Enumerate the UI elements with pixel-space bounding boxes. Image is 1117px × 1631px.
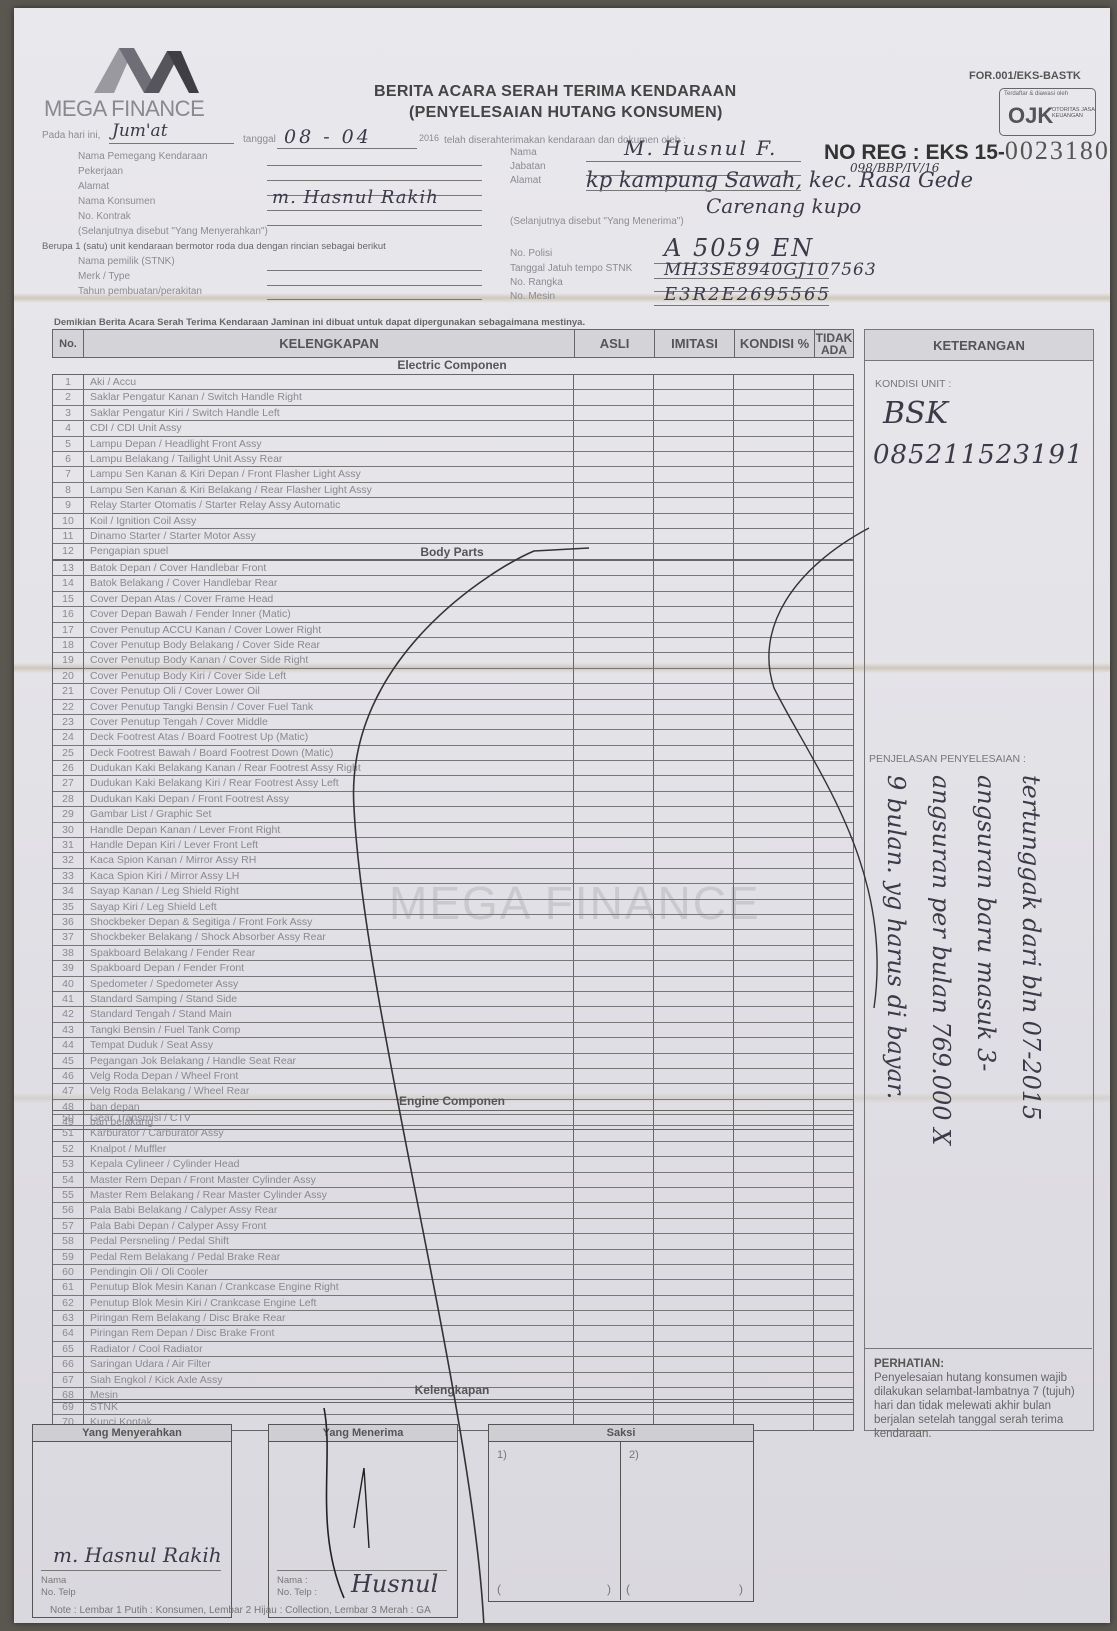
kondisi-cell[interactable] [734,623,814,637]
imitasi-cell[interactable] [654,1142,734,1156]
kondisi-cell[interactable] [734,869,814,883]
tidak-ada-cell[interactable] [814,452,853,466]
tidak-ada-cell[interactable] [814,869,853,883]
section-electric-rows: 1Aki / Accu2Saklar Pengatur Kanan / Swit… [52,374,854,560]
tidak-ada-cell[interactable] [814,561,853,575]
kondisi-cell[interactable] [734,1111,814,1125]
tidak-ada-cell[interactable] [814,1157,853,1171]
tidak-ada-cell[interactable] [814,1280,853,1294]
kondisi-cell[interactable] [734,607,814,621]
imitasi-cell[interactable] [654,700,734,714]
item-number: 64 [53,1326,84,1340]
imitasi-cell[interactable] [654,1023,734,1037]
kondisi-cell[interactable] [734,421,814,435]
kondisi-cell[interactable] [734,1250,814,1264]
tidak-ada-cell[interactable] [814,792,853,806]
field-label-receiver-name: Nama [510,147,537,158]
asli-cell[interactable] [574,576,654,590]
tidak-ada-cell[interactable] [814,853,853,867]
tidak-ada-cell[interactable] [814,1311,853,1325]
imitasi-cell[interactable] [654,1054,734,1068]
imitasi-cell[interactable] [654,684,734,698]
kondisi-cell[interactable] [734,838,814,852]
asli-cell[interactable] [574,1357,654,1371]
asli-cell[interactable] [574,977,654,991]
tidak-ada-cell[interactable] [814,498,853,512]
asli-cell[interactable] [574,607,654,621]
asli-cell[interactable] [574,853,654,867]
asli-cell[interactable] [574,1265,654,1279]
asli-cell[interactable] [574,1296,654,1310]
kondisi-cell[interactable] [734,1007,814,1021]
asli-cell[interactable] [574,946,654,960]
kondisi-cell[interactable] [734,1173,814,1187]
tidak-ada-cell[interactable] [814,437,853,451]
asli-cell[interactable] [574,623,654,637]
imitasi-cell[interactable] [654,992,734,1006]
kondisi-cell[interactable] [734,1188,814,1202]
asli-cell[interactable] [574,390,654,404]
asli-cell[interactable] [574,1126,654,1140]
asli-cell[interactable] [574,1007,654,1021]
asli-cell[interactable] [574,669,654,683]
asli-cell[interactable] [574,1142,654,1156]
table-row: 57Pala Babi Depan / Calyper Assy Front [53,1219,853,1234]
imitasi-cell[interactable] [654,1157,734,1171]
tidak-ada-cell[interactable] [814,1415,853,1429]
imitasi-cell[interactable] [654,529,734,543]
kondisi-cell[interactable] [734,1038,814,1052]
kondisi-cell[interactable] [734,483,814,497]
kondisi-cell[interactable] [734,529,814,543]
tidak-ada-cell[interactable] [814,529,853,543]
asli-cell[interactable] [574,900,654,914]
kondisi-cell[interactable] [734,390,814,404]
item-name: Batok Belakang / Cover Handlebar Rear [84,576,574,590]
imitasi-cell[interactable] [654,900,734,914]
asli-cell[interactable] [574,1023,654,1037]
tidak-ada-cell[interactable] [814,1203,853,1217]
imitasi-cell[interactable] [654,653,734,667]
imitasi-cell[interactable] [654,1326,734,1340]
asli-cell[interactable] [574,869,654,883]
imitasi-cell[interactable] [654,930,734,944]
imitasi-cell[interactable] [654,823,734,837]
tidak-ada-cell[interactable] [814,684,853,698]
tidak-ada-cell[interactable] [814,421,853,435]
asli-cell[interactable] [574,915,654,929]
kondisi-cell[interactable] [734,514,814,528]
tidak-ada-cell[interactable] [814,1400,853,1414]
imitasi-cell[interactable] [654,576,734,590]
imitasi-cell[interactable] [654,406,734,420]
kondisi-cell[interactable] [734,823,814,837]
tidak-ada-cell[interactable] [814,638,853,652]
imitasi-cell[interactable] [654,1296,734,1310]
tidak-ada-cell[interactable] [814,1142,853,1156]
imitasi-cell[interactable] [654,467,734,481]
tidak-ada-cell[interactable] [814,1111,853,1125]
table-row: 34Sayap Kanan / Leg Shield Right [53,884,853,899]
kondisi-cell[interactable] [734,1400,814,1414]
asli-cell[interactable] [574,684,654,698]
tidak-ada-cell[interactable] [814,1038,853,1052]
imitasi-cell[interactable] [654,792,734,806]
imitasi-cell[interactable] [654,1111,734,1125]
item-name: Shockbeker Belakang / Shock Absorber Ass… [84,930,574,944]
asli-cell[interactable] [574,1054,654,1068]
asli-cell[interactable] [574,1342,654,1356]
kondisi-cell[interactable] [734,1023,814,1037]
tidak-ada-cell[interactable] [814,823,853,837]
asli-cell[interactable] [574,452,654,466]
consumer-name-value[interactable]: m. Hasnul Rakih [272,187,439,208]
asli-cell[interactable] [574,375,654,389]
imitasi-cell[interactable] [654,561,734,575]
asli-cell[interactable] [574,838,654,852]
imitasi-cell[interactable] [654,375,734,389]
tidak-ada-cell[interactable] [814,1265,853,1279]
imitasi-cell[interactable] [654,437,734,451]
asli-cell[interactable] [574,776,654,790]
tidak-ada-cell[interactable] [814,467,853,481]
imitasi-cell[interactable] [654,1038,734,1052]
asli-cell[interactable] [574,592,654,606]
kondisi-cell[interactable] [734,684,814,698]
tidak-ada-cell[interactable] [814,653,853,667]
imitasi-cell[interactable] [654,776,734,790]
tidak-ada-cell[interactable] [814,992,853,1006]
chassis-number-value[interactable]: MH3SE8940GJ107563 [664,260,877,280]
tidak-ada-cell[interactable] [814,776,853,790]
imitasi-cell[interactable] [654,853,734,867]
tidak-ada-cell[interactable] [814,930,853,944]
imitasi-cell[interactable] [654,1280,734,1294]
kondisi-cell[interactable] [734,700,814,714]
asli-cell[interactable] [574,1219,654,1233]
imitasi-cell[interactable] [654,1188,734,1202]
occupation-field[interactable] [267,180,482,181]
tidak-ada-cell[interactable] [814,1173,853,1187]
imitasi-cell[interactable] [654,1265,734,1279]
receiver-address-line2[interactable]: Carenang kupo [706,194,861,218]
tidak-ada-cell[interactable] [814,1357,853,1371]
item-name: Deck Footrest Atas / Board Footrest Up (… [84,730,574,744]
kondisi-cell[interactable] [734,884,814,898]
imitasi-cell[interactable] [654,390,734,404]
tidak-ada-cell[interactable] [814,1007,853,1021]
kondisi-cell[interactable] [734,746,814,760]
company-logo: MEGA FINANCE [44,38,214,128]
signature-witness-box[interactable]: Saksi 1) 2) ( ) ( ) [488,1424,754,1602]
asli-cell[interactable] [574,1234,654,1248]
signature-receiver-title: Yang Menerima [269,1425,457,1442]
imitasi-cell[interactable] [654,838,734,852]
date-value[interactable]: 08 - 04 [284,126,372,148]
penjelasan-handwriting[interactable]: tertunggak dari bln 07-2015 angsuran bar… [875,775,1075,1335]
kondisi-cell[interactable] [734,561,814,575]
table-row: 39Spakboard Depan / Fender Front [53,961,853,976]
field-label-chassis: No. Rangka [510,277,563,288]
phone-number-value[interactable]: 085211523191 [873,440,1084,470]
item-name: Gear Transmisi / CTV [84,1111,574,1125]
imitasi-cell[interactable] [654,421,734,435]
tidak-ada-cell[interactable] [814,700,853,714]
asli-cell[interactable] [574,467,654,481]
tidak-ada-cell[interactable] [814,1326,853,1340]
tidak-ada-cell[interactable] [814,483,853,497]
tidak-ada-cell[interactable] [814,1069,853,1083]
tidak-ada-cell[interactable] [814,730,853,744]
kondisi-cell[interactable] [734,1311,814,1325]
imitasi-cell[interactable] [654,1400,734,1414]
kondisi-cell[interactable] [734,715,814,729]
imitasi-cell[interactable] [654,623,734,637]
tidak-ada-cell[interactable] [814,1023,853,1037]
imitasi-cell[interactable] [654,638,734,652]
day-value[interactable]: Jum'at [112,121,168,141]
kondisi-cell[interactable] [734,807,814,821]
imitasi-cell[interactable] [654,761,734,775]
imitasi-cell[interactable] [654,807,734,821]
imitasi-cell[interactable] [654,1219,734,1233]
asli-cell[interactable] [574,961,654,975]
asli-cell[interactable] [574,823,654,837]
asli-cell[interactable] [574,421,654,435]
kondisi-cell[interactable] [734,1157,814,1171]
asli-cell[interactable] [574,1157,654,1171]
kondisi-cell[interactable] [734,1054,814,1068]
imitasi-cell[interactable] [654,498,734,512]
kondisi-cell[interactable] [734,437,814,451]
kondisi-cell[interactable] [734,576,814,590]
tidak-ada-cell[interactable] [814,375,853,389]
kondisi-cell[interactable] [734,930,814,944]
kondisi-cell[interactable] [734,1203,814,1217]
kondisi-cell[interactable] [734,592,814,606]
kondisi-cell[interactable] [734,669,814,683]
tidak-ada-cell[interactable] [814,514,853,528]
kondisi-cell[interactable] [734,946,814,960]
imitasi-cell[interactable] [654,1203,734,1217]
asli-cell[interactable] [574,1280,654,1294]
imitasi-cell[interactable] [654,1173,734,1187]
imitasi-cell[interactable] [654,715,734,729]
kondisi-cell[interactable] [734,1357,814,1371]
asli-cell[interactable] [574,1188,654,1202]
asli-cell[interactable] [574,561,654,575]
item-name: Cover Penutup Tangki Bensin / Cover Fuel… [84,700,574,714]
table-row: 37Shockbeker Belakang / Shock Absorber A… [53,930,853,945]
tidak-ada-cell[interactable] [814,746,853,760]
imitasi-cell[interactable] [654,607,734,621]
kondisi-cell[interactable] [734,776,814,790]
tidak-ada-cell[interactable] [814,838,853,852]
imitasi-cell[interactable] [654,884,734,898]
asli-cell[interactable] [574,715,654,729]
kondisi-cell[interactable] [734,498,814,512]
tidak-ada-cell[interactable] [814,576,853,590]
field-label-occupation: Pekerjaan [78,166,123,177]
asli-cell[interactable] [574,992,654,1006]
tidak-ada-cell[interactable] [814,607,853,621]
tidak-ada-cell[interactable] [814,1188,853,1202]
kondisi-cell[interactable] [734,1142,814,1156]
kondisi-cell[interactable] [734,638,814,652]
tidak-ada-cell[interactable] [814,669,853,683]
kondisi-cell[interactable] [734,853,814,867]
item-name: Pala Babi Depan / Calyper Assy Front [84,1219,574,1233]
tidak-ada-cell[interactable] [814,761,853,775]
imitasi-cell[interactable] [654,1250,734,1264]
asli-cell[interactable] [574,1203,654,1217]
plate-number-value[interactable]: A 5059 EN [664,234,814,262]
kondisi-cell[interactable] [734,792,814,806]
asli-cell[interactable] [574,730,654,744]
receiver-address-value[interactable]: kp kampung Sawah, kec. Rasa Gede [586,168,973,192]
imitasi-cell[interactable] [654,592,734,606]
asli-cell[interactable] [574,437,654,451]
no-reg-number: 0023180 [1005,136,1110,165]
imitasi-cell[interactable] [654,730,734,744]
engine-number-value[interactable]: E3R2E2695565 [664,284,831,305]
tidak-ada-cell[interactable] [814,1296,853,1310]
kondisi-cell[interactable] [734,375,814,389]
kondisi-cell[interactable] [734,1280,814,1294]
imitasi-cell[interactable] [654,1007,734,1021]
kondisi-cell[interactable] [734,1326,814,1340]
asli-cell[interactable] [574,498,654,512]
kondisi-cell[interactable] [734,1219,814,1233]
kondisi-cell[interactable] [734,1234,814,1248]
kondisi-cell[interactable] [734,1069,814,1083]
tidak-ada-cell[interactable] [814,1126,853,1140]
tidak-ada-cell[interactable] [814,592,853,606]
asli-cell[interactable] [574,1311,654,1325]
asli-cell[interactable] [574,1326,654,1340]
kondisi-cell[interactable] [734,977,814,991]
tidak-ada-cell[interactable] [814,1219,853,1233]
imitasi-cell[interactable] [654,869,734,883]
kondisi-cell[interactable] [734,452,814,466]
item-number: 31 [53,838,84,852]
holder-name-field[interactable] [267,165,482,166]
tidak-ada-cell[interactable] [814,406,853,420]
imitasi-cell[interactable] [654,746,734,760]
item-name: Piringan Rem Depan / Disc Brake Front [84,1326,574,1340]
tidak-ada-cell[interactable] [814,915,853,929]
asli-cell[interactable] [574,1069,654,1083]
imitasi-cell[interactable] [654,1126,734,1140]
asli-cell[interactable] [574,884,654,898]
tidak-ada-cell[interactable] [814,884,853,898]
tidak-ada-cell[interactable] [814,1342,853,1356]
kondisi-cell[interactable] [734,992,814,1006]
imitasi-cell[interactable] [654,514,734,528]
imitasi-cell[interactable] [654,1342,734,1356]
year-field[interactable] [267,299,482,300]
tidak-ada-cell[interactable] [814,1234,853,1248]
item-name: Velg Roda Depan / Wheel Front [84,1069,574,1083]
kondisi-cell[interactable] [734,653,814,667]
imitasi-cell[interactable] [654,452,734,466]
tidak-ada-cell[interactable] [814,961,853,975]
penjelasan-line: tertunggak dari bln 07-2015 [1017,775,1045,1120]
asli-cell[interactable] [574,1111,654,1125]
asli-cell[interactable] [574,514,654,528]
imitasi-cell[interactable] [654,1069,734,1083]
tidak-ada-cell[interactable] [814,807,853,821]
imitasi-cell[interactable] [654,977,734,991]
tidak-ada-cell[interactable] [814,1250,853,1264]
asli-cell[interactable] [574,807,654,821]
item-number: 26 [53,761,84,775]
asli-cell[interactable] [574,1173,654,1187]
kondisi-cell[interactable] [734,900,814,914]
asli-cell[interactable] [574,638,654,652]
kondisi-cell[interactable] [734,961,814,975]
signature-receiver-box[interactable]: Yang Menerima Husnul Nama : No. Telp : [268,1424,458,1618]
kondisi-cell[interactable] [734,1265,814,1279]
imitasi-cell[interactable] [654,946,734,960]
asli-cell[interactable] [574,1250,654,1264]
asli-cell[interactable] [574,483,654,497]
imitasi-cell[interactable] [654,669,734,683]
imitasi-cell[interactable] [654,961,734,975]
stnk-due-underline [654,278,829,279]
imitasi-cell[interactable] [654,1234,734,1248]
owner-field[interactable] [267,270,482,271]
asli-cell[interactable] [574,761,654,775]
imitasi-cell[interactable] [654,915,734,929]
kondisi-unit-value[interactable]: BSK [883,396,948,431]
table-row: 20Cover Penutup Body Kiri / Cover Side L… [53,669,853,684]
kondisi-cell[interactable] [734,1296,814,1310]
asli-cell[interactable] [574,930,654,944]
tidak-ada-cell[interactable] [814,390,853,404]
kondisi-cell[interactable] [734,761,814,775]
tidak-ada-cell[interactable] [814,623,853,637]
kondisi-cell[interactable] [734,467,814,481]
signature-giver-name: m. Hasnul Rakih [53,1543,222,1567]
kondisi-cell[interactable] [734,730,814,744]
asli-cell[interactable] [574,653,654,667]
asli-cell[interactable] [574,746,654,760]
imitasi-cell[interactable] [654,1311,734,1325]
tidak-ada-cell[interactable] [814,900,853,914]
tidak-ada-cell[interactable] [814,1054,853,1068]
kondisi-cell[interactable] [734,1342,814,1356]
receiver-name-value[interactable]: M. Husnul F. [624,136,777,160]
brand-type-field[interactable] [267,285,482,286]
tidak-ada-cell[interactable] [814,946,853,960]
kondisi-cell[interactable] [734,406,814,420]
kondisi-cell[interactable] [734,1126,814,1140]
tidak-ada-cell[interactable] [814,715,853,729]
imitasi-cell[interactable] [654,483,734,497]
contract-no-field[interactable] [267,225,482,226]
asli-cell[interactable] [574,529,654,543]
asli-cell[interactable] [574,406,654,420]
asli-cell[interactable] [574,1400,654,1414]
imitasi-cell[interactable] [654,1357,734,1371]
signature-giver-box[interactable]: Yang Menyerahkan m. Hasnul Rakih Nama No… [32,1424,232,1618]
asli-cell[interactable] [574,1038,654,1052]
tidak-ada-cell[interactable] [814,977,853,991]
asli-cell[interactable] [574,792,654,806]
asli-cell[interactable] [574,700,654,714]
kondisi-cell[interactable] [734,915,814,929]
